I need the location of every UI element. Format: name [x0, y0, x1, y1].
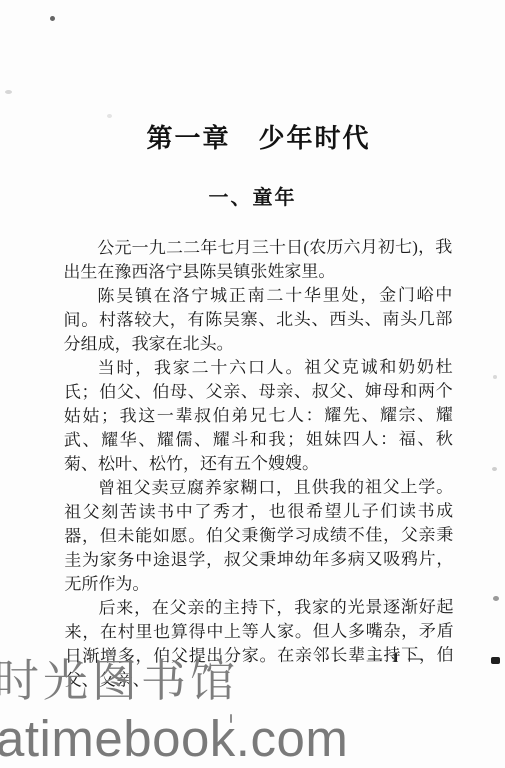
scan-speck: [446, 651, 450, 654]
paragraph-3: 当时，我家二十六口人。祖父克诚和奶奶杜氏；伯父、伯母、父亲、母亲、叔父、婶母和两…: [64, 355, 453, 476]
chapter-title: 第一章 少年时代: [12, 118, 505, 155]
scan-speck: [107, 114, 112, 118]
chapter-name: 少年时代: [259, 118, 371, 155]
scan-speck: [493, 375, 497, 379]
scan-speck: [5, 90, 12, 94]
section-title: 一、童年: [0, 181, 505, 210]
body-text: 公元一九二二年七月三十日(农历六月初七)，我出生在豫西洛宁县陈吴镇张姓家里。 陈…: [63, 235, 454, 692]
scan-speck: [50, 16, 55, 21]
paragraph-1: 公元一九二二年七月三十日(农历六月初七)，我出生在豫西洛宁县陈吴镇张姓家里。: [63, 235, 452, 284]
watermark-library-name: 时光图书馆: [0, 655, 239, 707]
paragraph-4: 曾祖父卖豆腐养家糊口，且供我的祖父上学。祖父刻苦读书中了秀才，也很希望儿子们读书…: [64, 475, 453, 596]
chapter-number: 第一章: [146, 118, 230, 155]
paragraph-2: 陈吴镇在洛宁城正南二十华里处，金门峪中间。村落较大，有陈吴寨、北头、西头、南头几…: [63, 283, 452, 356]
scan-speck: [493, 596, 499, 601]
scan-speck: [492, 467, 497, 471]
page-number: — 1 —: [368, 651, 425, 667]
watermark-domain: atimebook.com: [0, 711, 348, 767]
book-page: 第一章 少年时代 一、童年 公元一九二二年七月三十日(农历六月初七)，我出生在豫…: [0, 0, 505, 768]
scan-speck: [230, 714, 232, 723]
scan-speck: [491, 657, 500, 664]
